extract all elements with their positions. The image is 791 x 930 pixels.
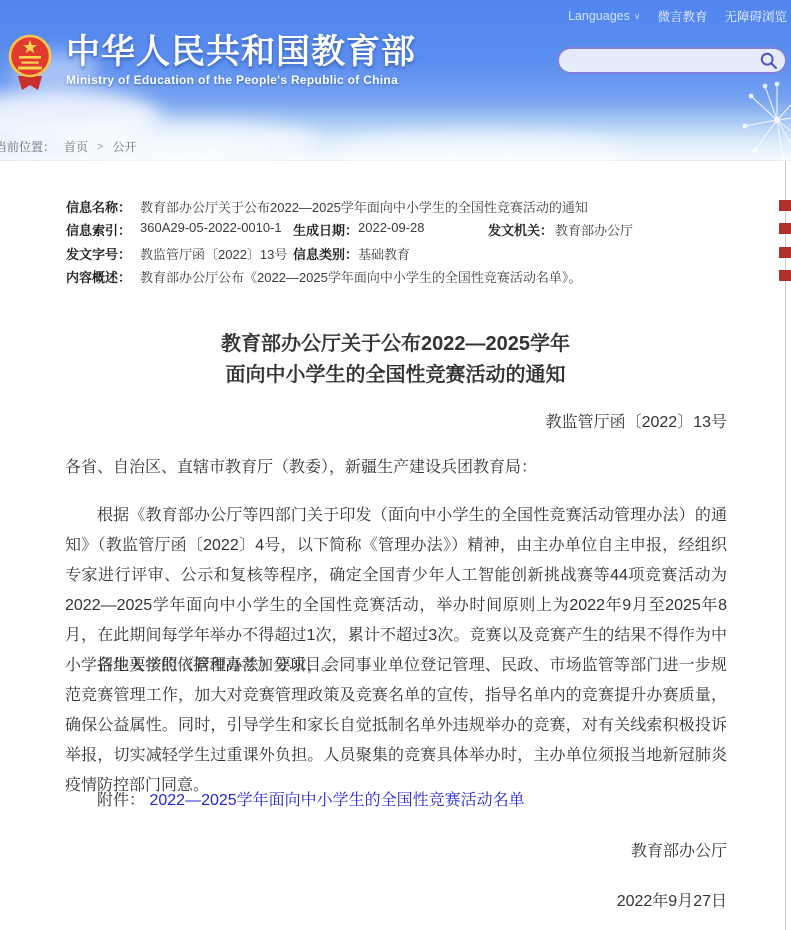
weibo-education-link[interactable]: 微言教育 [657, 7, 707, 25]
breadcrumb: 当前位置： 首页 > 公开 [0, 138, 136, 155]
meta-value: 教监管厅函〔2022〕13号 [140, 244, 287, 263]
signature: 教育部办公厅 [0, 838, 727, 861]
national-emblem-icon [8, 32, 52, 94]
meta-value: 教育部办公厅关于公布2022—2025学年面向中小学生的全国性竞赛活动的通知 [140, 197, 588, 216]
accessibility-link[interactable]: 无障碍浏览 [724, 7, 787, 25]
dandelion-decoration [699, 80, 791, 165]
red-edge-marker [779, 223, 791, 234]
document-title-line2: 面向中小学生的全国性竞赛活动的通知 [0, 360, 791, 391]
breadcrumb-home-link[interactable]: 首页 [64, 138, 88, 155]
document-meta-table: 信息名称： 教育部办公厅关于公布2022—2025学年面向中小学生的全国性竞赛活… [66, 197, 776, 293]
search-icon[interactable] [760, 52, 778, 70]
meta-row-summary: 内容概述： 教育部办公厅公布《2022—2025学年面向中小学生的全国性竞赛活动… [66, 267, 776, 287]
attachment-label: 附件： [97, 792, 145, 809]
meta-label: 信息名称： [66, 197, 131, 216]
meta-label: 发文机关： [488, 220, 553, 239]
meta-value: 360A29-05-2022-0010-1 [140, 220, 282, 235]
search-input[interactable] [559, 49, 760, 72]
attachment-link[interactable]: 2022—2025学年面向中小学生的全国性竞赛活动名单 [149, 792, 524, 809]
salutation: 各省、自治区、直辖市教育厅（教委），新疆生产建设兵团教育局： [65, 454, 727, 477]
paragraph: 各地要按照《管理办法》要求，会同事业单位登记管理、民政、市场监管等部门进一步规范… [65, 651, 727, 801]
meta-value: 基础教育 [358, 244, 410, 263]
breadcrumb-separator-icon: > [97, 141, 103, 153]
meta-label: 生成日期： [293, 220, 358, 239]
topbar: Languages ∨ 微言教育 无障碍浏览 [568, 7, 787, 25]
meta-value: 教育部办公厅 [555, 220, 633, 239]
meta-label: 信息索引： [66, 220, 131, 239]
document-title: 教育部办公厅关于公布2022—2025学年 面向中小学生的全国性竞赛活动的通知 [0, 329, 791, 391]
languages-label: Languages [568, 9, 630, 23]
cloud-decoration [330, 132, 630, 172]
document-number: 教监管厅函〔2022〕13号 [0, 409, 727, 432]
site-title-zh: 中华人民共和国教育部 [66, 32, 416, 72]
brand-text: 中华人民共和国教育部 Ministry of Education of the … [66, 32, 416, 87]
meta-label: 内容概述： [66, 267, 131, 286]
languages-menu[interactable]: Languages ∨ [568, 9, 640, 23]
breadcrumb-label: 当前位置： [0, 138, 55, 155]
breadcrumb-current-link[interactable]: 公开 [112, 138, 136, 155]
meta-row-name: 信息名称： 教育部办公厅关于公布2022—2025学年面向中小学生的全国性竞赛活… [66, 197, 776, 217]
red-edge-marker [779, 270, 791, 281]
red-edge-marker [779, 200, 791, 211]
document-title-line1: 教育部办公厅关于公布2022—2025学年 [0, 329, 791, 360]
meta-row-index-date-issuer: 信息索引： 360A29-05-2022-0010-1 生成日期： 2022-0… [66, 220, 776, 240]
meta-value: 教育部办公厅公布《2022—2025学年面向中小学生的全国性竞赛活动名单》。 [140, 267, 581, 286]
site-brand: 中华人民共和国教育部 Ministry of Education of the … [8, 32, 416, 94]
signature-date: 2022年9月27日 [0, 888, 727, 911]
page: Languages ∨ 微言教育 无障碍浏览 中华人民共和国教育部 Minist… [0, 0, 791, 930]
meta-label: 信息类别： [293, 244, 358, 263]
meta-value: 2022-09-28 [358, 220, 425, 235]
meta-label: 发文字号： [66, 244, 131, 263]
meta-row-docno-category: 发文字号： 教监管厅函〔2022〕13号 信息类别： 基础教育 [66, 244, 776, 264]
chevron-down-icon: ∨ [634, 11, 641, 22]
red-edge-marker [779, 247, 791, 258]
attachment-line: 附件： 2022—2025学年面向中小学生的全国性竞赛活动名单 [65, 787, 727, 810]
search-box [557, 47, 787, 74]
site-title-en: Ministry of Education of the People's Re… [66, 73, 416, 87]
